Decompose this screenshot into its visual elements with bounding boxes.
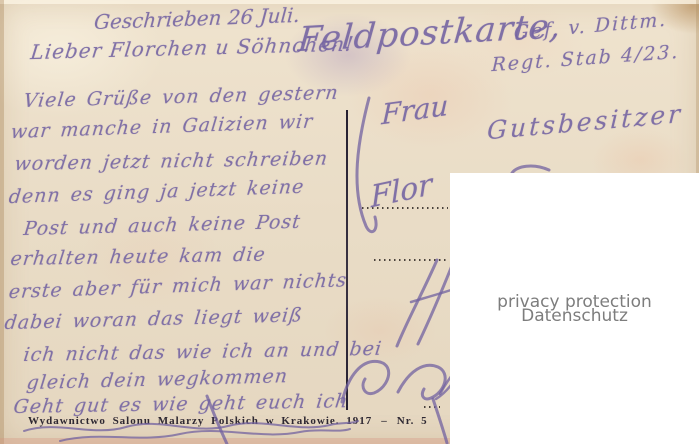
publisher-text: Wydawnictwo Salonu Malarzy Polskich w Kr… xyxy=(28,415,372,427)
handwritten-message-line: Post und auch keine Post xyxy=(22,211,302,240)
large-flourish-1 xyxy=(397,260,437,346)
handwritten-message-line: ich nicht das wie ich an und bei xyxy=(22,338,383,366)
address-dotted-line-2 xyxy=(374,259,448,261)
privacy-overlay-line-2: Datenschutz xyxy=(521,309,628,323)
handwritten-message-line: Viele Grüße von den gestern xyxy=(22,82,339,112)
covered-letter-flourish xyxy=(512,166,549,173)
handwritten-message-line: Geht gut es wie geht euch ich xyxy=(12,390,349,418)
handwritten-address-gutsbesitzer: Gutsbesitzer xyxy=(486,99,683,145)
handwritten-message-line: gleich dein wegkommen xyxy=(25,365,289,394)
address-divider-line xyxy=(346,110,348,410)
imprint-number: Nr. 5 xyxy=(397,415,428,427)
handwritten-message-line: dabei woran das liegt weiß xyxy=(3,304,304,334)
publisher-imprint: Wydawnictwo Salonu Malarzy Polskich w Kr… xyxy=(28,415,428,427)
privacy-overlay: privacy protection Datenschutz xyxy=(450,173,699,444)
paper-edge-bottom xyxy=(0,438,452,444)
address-dotted-line-3 xyxy=(424,406,440,408)
large-flourish-2 xyxy=(418,263,453,344)
handwritten-message-line: worden jetzt nicht schreiben xyxy=(13,148,329,176)
handwritten-address-frau: Frau xyxy=(381,89,449,132)
handwritten-date: Geschrieben 26 Juli. xyxy=(93,3,300,34)
handwritten-message-line: denn es ging ja jetzt keine xyxy=(8,176,306,208)
handwritten-message-line: erste aber für mich war nichts xyxy=(8,269,349,303)
paper-edge-left xyxy=(0,0,4,444)
handwritten-message-line: erhalten heute kam die xyxy=(9,244,267,271)
postcard-scan: Geschrieben 26 Juli. Feldpostkarte, Gef.… xyxy=(0,0,699,444)
paper-edge-top xyxy=(0,0,699,4)
lower-flourish-2 xyxy=(398,365,445,399)
handwritten-message-line: war manche in Galizien wir xyxy=(10,110,315,143)
imprint-separator: – xyxy=(381,415,388,427)
